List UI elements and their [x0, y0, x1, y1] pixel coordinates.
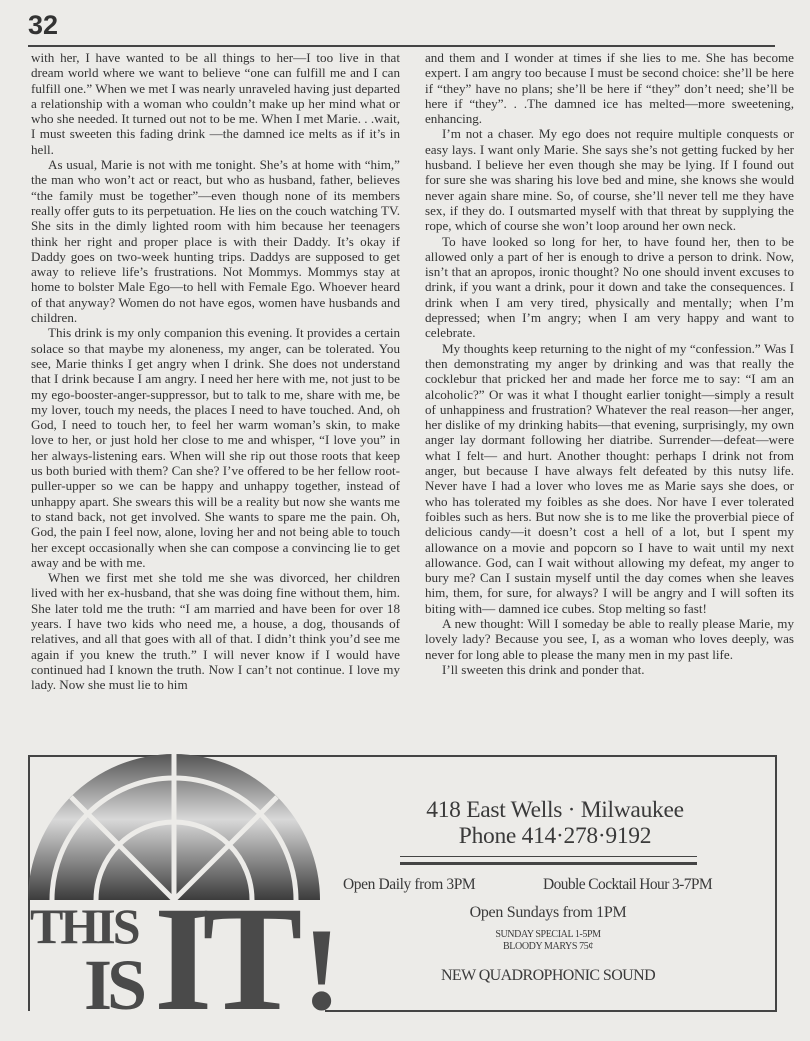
ad-address: 418 East Wells · Milwaukee — [330, 797, 780, 823]
paragraph: with her, I have wanted to be all things… — [31, 50, 400, 157]
advertisement-bottom-rule — [325, 1010, 777, 1012]
paragraph: I’m not a chaser. My ego does not requir… — [425, 126, 794, 233]
page-number: 32 — [28, 10, 58, 40]
paragraph: My thoughts keep returning to the night … — [425, 341, 794, 616]
paragraph: To have looked so long for her, to have … — [425, 234, 794, 341]
paragraph: A new thought: Will I someday be able to… — [425, 616, 794, 662]
paragraph: When we first met she told me she was di… — [31, 570, 400, 692]
article-right-column: and them and I wonder at times if she li… — [425, 50, 794, 677]
header-rule — [28, 45, 775, 47]
ad-open-daily: Open Daily from 3PM — [343, 876, 475, 894]
paragraph: This drink is my only companion this eve… — [31, 325, 400, 570]
ad-divider-thick — [400, 862, 697, 865]
ad-open-sundays: Open Sundays from 1PM — [330, 904, 766, 922]
article-left-column: with her, I have wanted to be all things… — [31, 50, 400, 692]
ad-bloody-marys: BLOODY MARYS 75¢ — [330, 941, 766, 953]
ad-cocktail-hour: Double Cocktail Hour 3-7PM — [543, 876, 712, 894]
ad-quadrophonic-sound: NEW QUADROPHONIC SOUND — [330, 967, 766, 985]
this-is-it-logo: THIS IS IT ! — [24, 752, 334, 1014]
paragraph: and them and I wonder at times if she li… — [425, 50, 794, 126]
paragraph: I’ll sweeten this drink and ponder that. — [425, 662, 794, 677]
ad-phone: Phone 414·278·9192 — [330, 823, 780, 849]
ad-divider-thin — [400, 856, 697, 857]
logo-is: IS — [84, 945, 144, 1014]
logo-it: IT — [154, 876, 300, 1014]
paragraph: As usual, Marie is not with me tonight. … — [31, 157, 400, 325]
ad-sunday-special: SUNDAY SPECIAL 1-5PM — [330, 929, 766, 941]
